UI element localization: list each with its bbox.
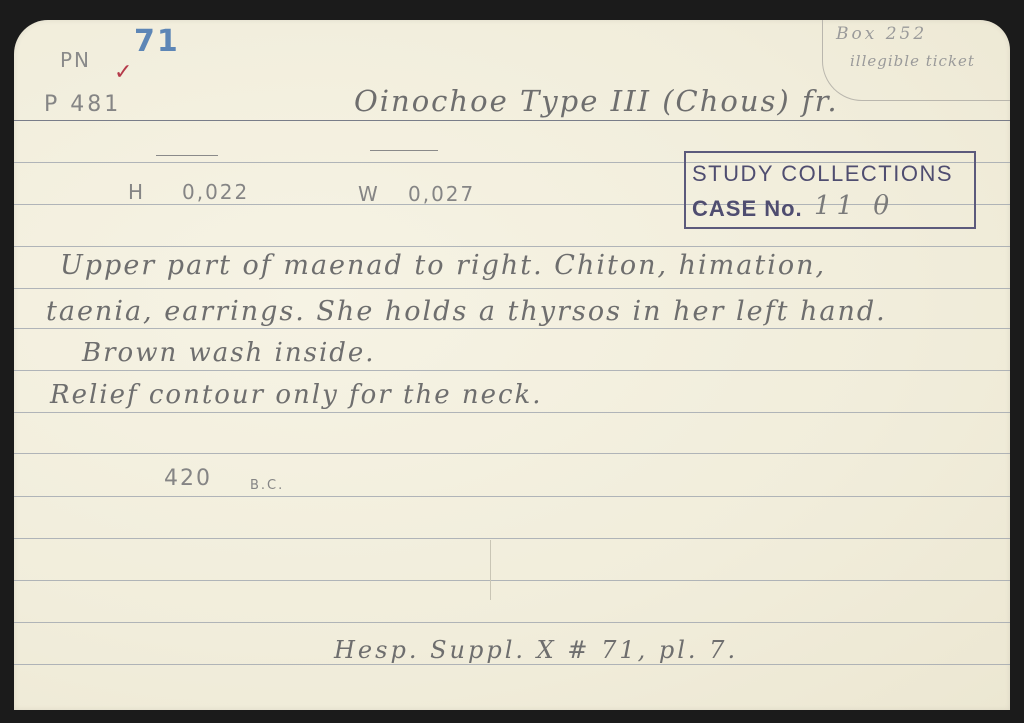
description-line: Brown wash inside.: [82, 338, 376, 368]
stamp-line1: STUDY COLLECTIONS: [692, 161, 953, 187]
rule-line: [14, 580, 1010, 581]
height-label: H: [128, 180, 145, 204]
catalog-prefix: PN: [60, 48, 91, 72]
underline-dash: [370, 150, 438, 151]
stamp-case-label: CASE No.: [692, 196, 803, 222]
rule-line: [14, 370, 1010, 371]
rule-line: [14, 622, 1010, 623]
catalog-card: PN 71 ✓ P 481 Oinochoe Type III (Chous) …: [14, 20, 1010, 710]
underline-dash: [156, 155, 218, 156]
faint-vertical-mark: [490, 540, 491, 600]
description-line: taenia, earrings. She holds a thyrsos in…: [46, 296, 887, 327]
study-collections-stamp: STUDY COLLECTIONS CASE No. 11 θ: [684, 151, 976, 229]
check-mark-icon: ✓: [114, 60, 133, 85]
rule-line: [14, 246, 1010, 247]
description-line: Upper part of maenad to right. Chiton, h…: [60, 250, 826, 281]
rule-line: [14, 538, 1010, 539]
date-value: 420: [164, 466, 212, 491]
rule-line: [14, 453, 1010, 454]
height-value: 0,022: [182, 180, 249, 204]
rule-line: [14, 328, 1010, 329]
publication-reference: Hesp. Suppl. X # 71, pl. 7.: [334, 636, 738, 664]
rule-line: [14, 120, 1010, 121]
description-line: Relief contour only for the neck.: [50, 380, 543, 410]
object-title: Oinochoe Type III (Chous) fr.: [354, 84, 839, 118]
width-value: 0,027: [408, 182, 475, 206]
inventory-number: P 481: [44, 92, 121, 117]
catalog-number-blue: 71: [134, 24, 180, 59]
box-note-line2: illegible ticket: [850, 52, 975, 70]
date-era: B.C.: [250, 478, 284, 493]
rule-line: [14, 288, 1010, 289]
rule-line: [14, 412, 1010, 413]
rule-line: [14, 496, 1010, 497]
rule-line: [14, 664, 1010, 665]
width-label: W: [358, 182, 380, 206]
stamp-case-number: 11 θ: [814, 191, 895, 221]
box-note-line1: Box 252: [836, 24, 927, 44]
